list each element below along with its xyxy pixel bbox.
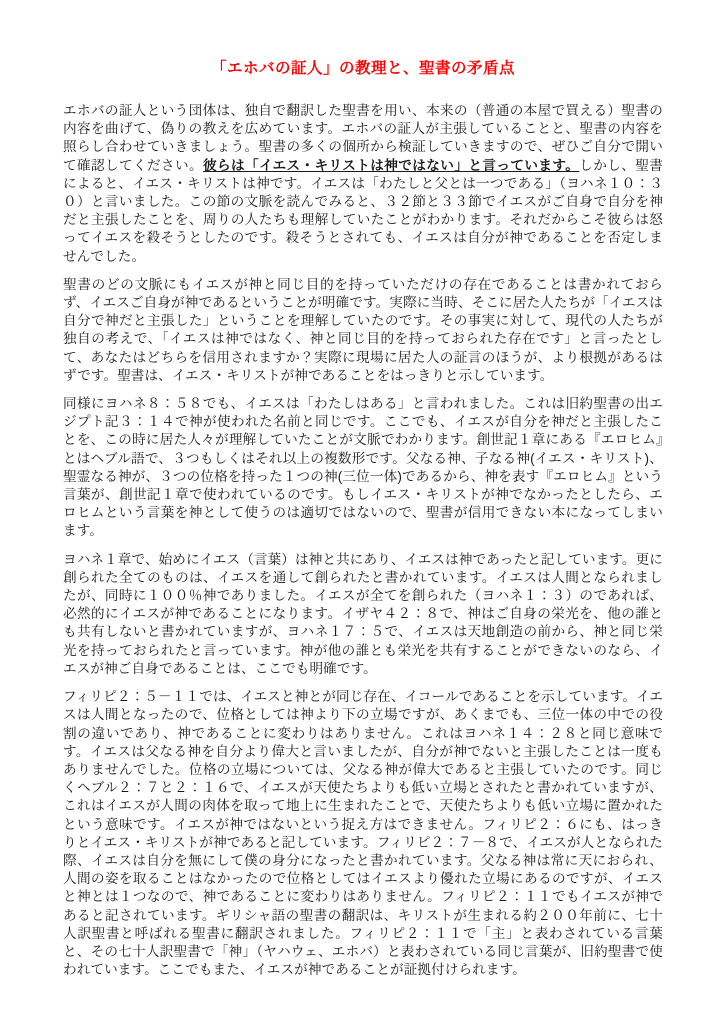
paragraph-1-emphasized-claim: 彼らは「イエス・キリストは神ではない」と言っています。 [203, 158, 579, 173]
document-title: 「エホバの証人」の教理と、聖書の矛盾点 [63, 56, 663, 78]
paragraph-5: フィリピ２：５－１１では、イエスと神とが同じ存在、イコールであることを示していま… [63, 688, 663, 979]
paragraph-4: ヨハネ１章で、始めにイエス（言葉）は神と共にあり、イエスは神であったと記していま… [63, 551, 663, 678]
paragraph-3: 同様にヨハネ８：５８でも、イエスは「わたしはある」と言われました。これは旧約聖書… [63, 395, 663, 541]
paragraph-1-text-after: しかし、聖書によると、イエス・キリストは神です。イエスは「わたしと父とは一つであ… [63, 158, 663, 264]
paragraph-1: エホバの証人という団体は、独自で翻訳した聖書を用い、本来の（普通の本屋で買える）… [63, 102, 663, 266]
paragraph-2: 聖書のどの文脈にもイエスが神と同じ目的を持っていただけの存在であることは書かれて… [63, 276, 663, 385]
document-page: 「エホバの証人」の教理と、聖書の矛盾点 エホバの証人という団体は、独自で翻訳した… [0, 0, 724, 1024]
